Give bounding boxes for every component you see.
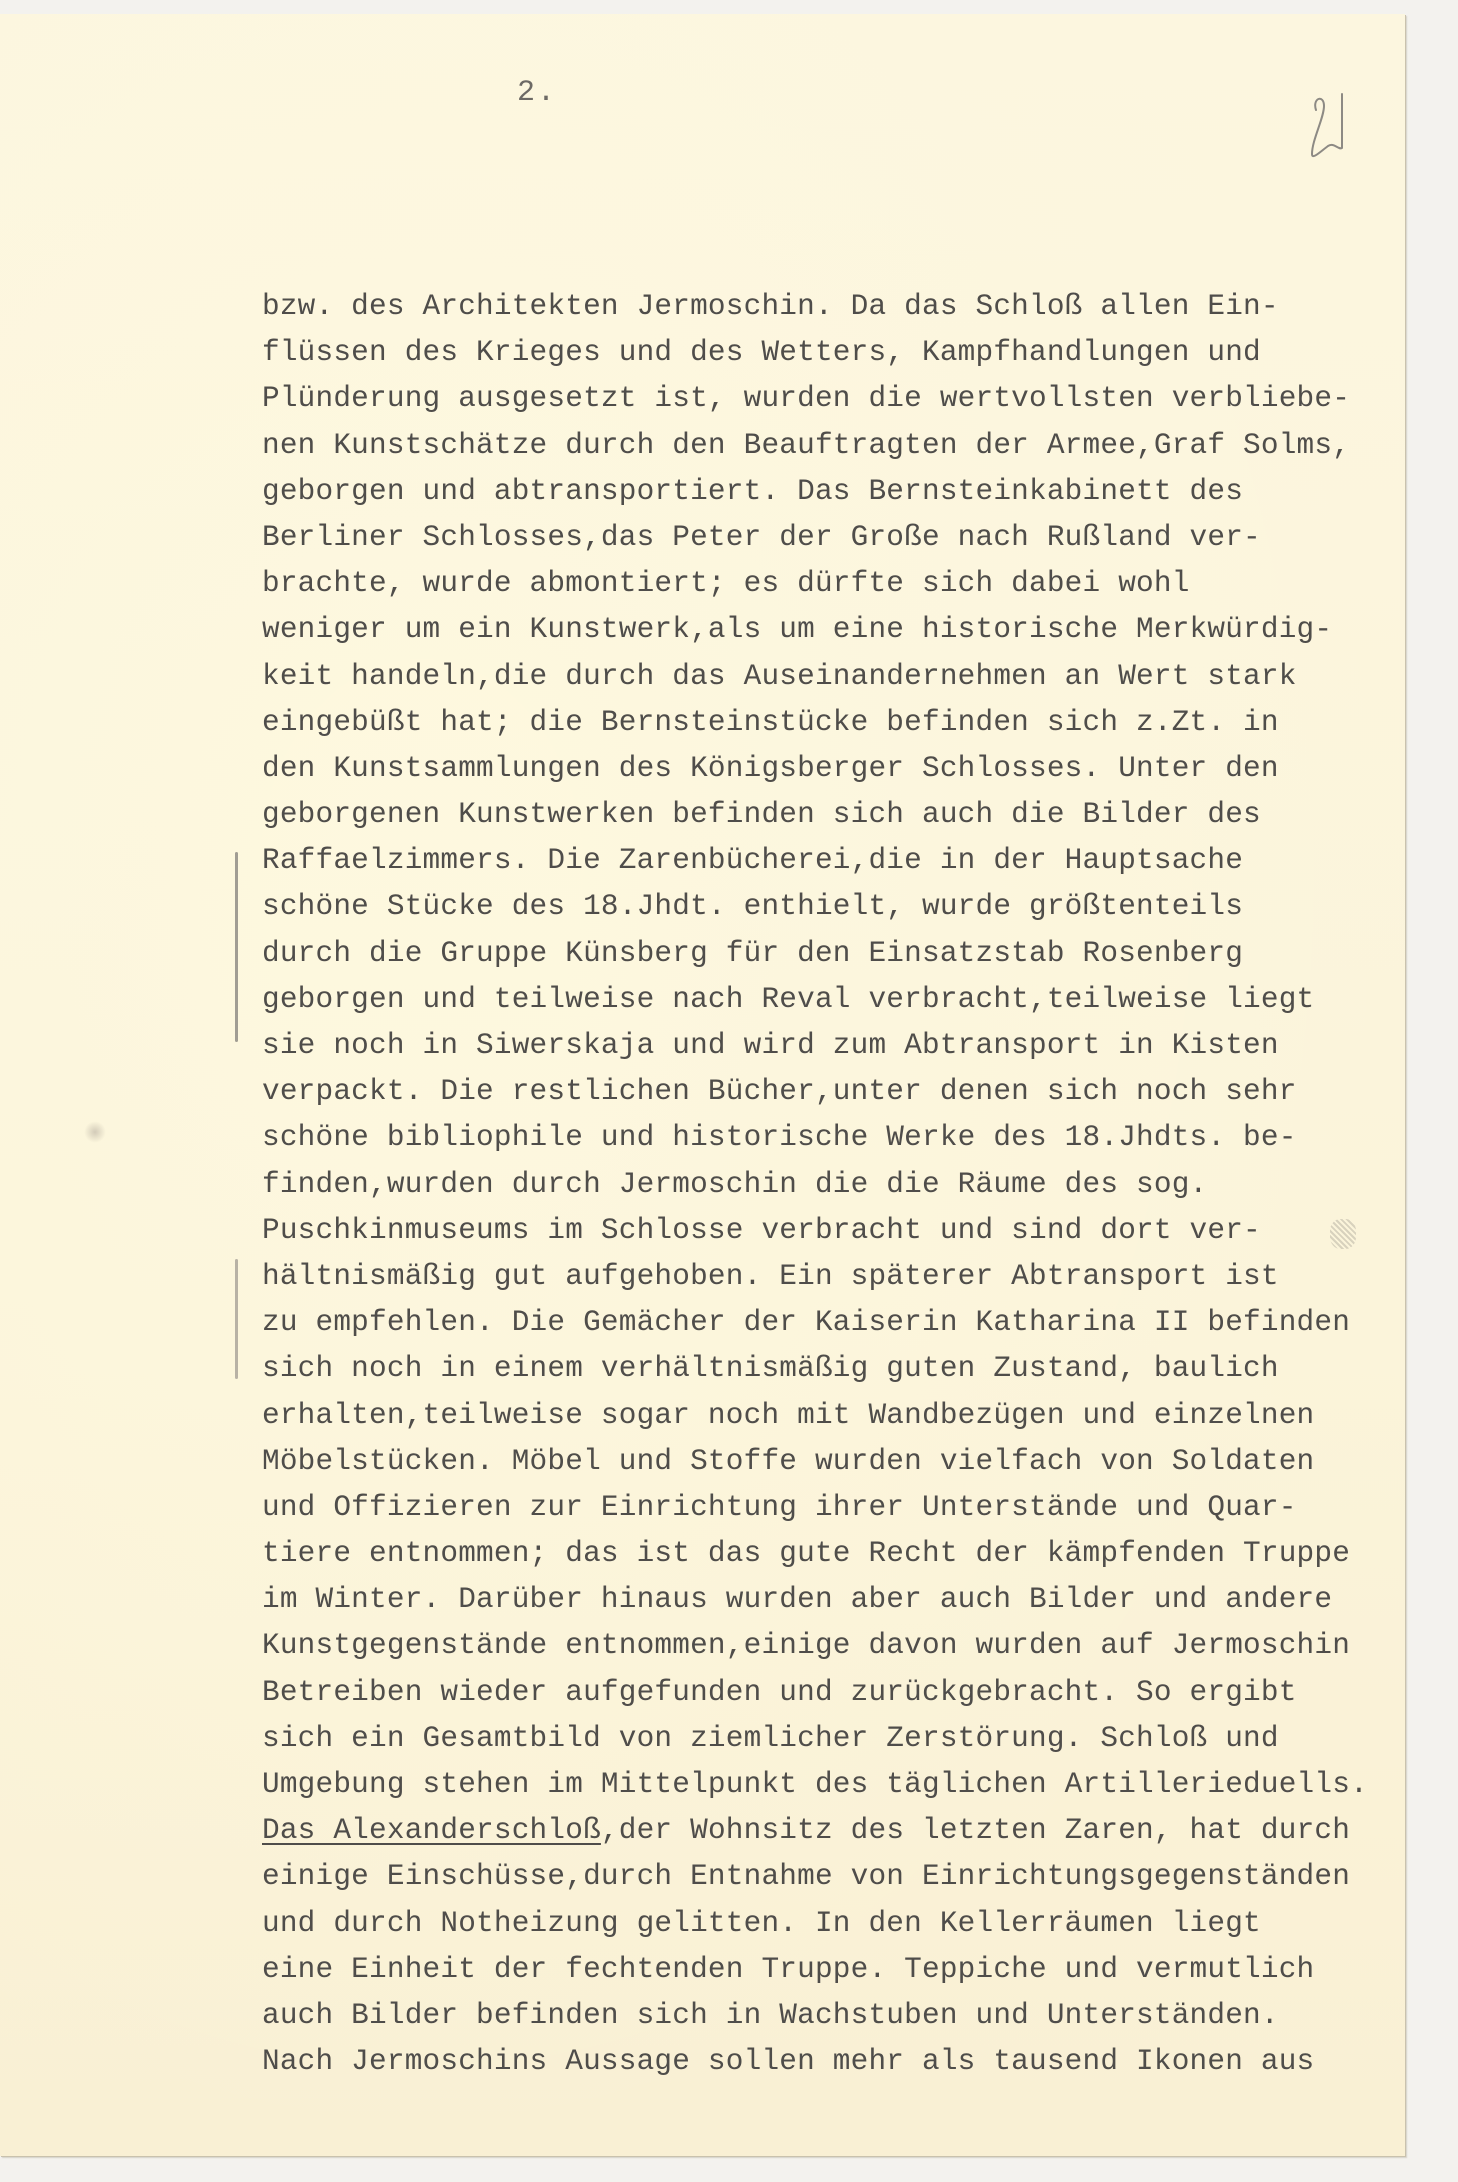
text-line: einige Einschüsse,durch Entnahme von Ein… xyxy=(262,1854,1412,1900)
text-line: Plünderung ausgesetzt ist, wurden die we… xyxy=(262,376,1412,422)
text-line: sich ein Gesamtbild von ziemlicher Zerst… xyxy=(262,1716,1412,1762)
text-line: erhalten,teilweise sogar noch mit Wandbe… xyxy=(262,1393,1412,1439)
text-line: bzw. des Architekten Jermoschin. Da das … xyxy=(262,284,1412,330)
text-line: und Offizieren zur Einrichtung ihrer Unt… xyxy=(262,1485,1412,1531)
underlined-heading-phrase: Das Alexanderschloß xyxy=(262,1814,601,1847)
text-line: flüssen des Krieges und des Wetters, Kam… xyxy=(262,330,1412,376)
text-line: sich noch in einem verhältnismäßig guten… xyxy=(262,1346,1412,1392)
text-line: Puschkinmuseums im Schlosse verbracht un… xyxy=(262,1208,1412,1254)
text-line: Möbelstücken. Möbel und Stoffe wurden vi… xyxy=(262,1439,1412,1485)
text-line: schöne Stücke des 18.Jhdt. enthielt, wur… xyxy=(262,884,1412,930)
text-line: schöne bibliophile und historische Werke… xyxy=(262,1115,1412,1161)
text-line: finden,wurden durch Jermoschin die die R… xyxy=(262,1162,1412,1208)
text-line: zu empfehlen. Die Gemächer der Kaiserin … xyxy=(262,1300,1412,1346)
text-line: Umgebung stehen im Mittelpunkt des tägli… xyxy=(262,1762,1412,1808)
typewritten-page: 2. 21 bzw. des Architekten Jermoschin. D… xyxy=(0,14,1405,2156)
text-line: im Winter. Darüber hinaus wurden aber au… xyxy=(262,1577,1412,1623)
text-line: auch Bilder befinden sich in Wachstuben … xyxy=(262,1993,1412,2039)
text-line: Kunstgegenstände entnommen,einige davon … xyxy=(262,1623,1412,1669)
handwritten-folio-number: 21 xyxy=(1308,88,1360,168)
text-line: nen Kunstschätze durch den Beauftragten … xyxy=(262,423,1412,469)
paper-stain xyxy=(84,1121,106,1143)
text-line: hältnismäßig gut aufgehoben. Ein spätere… xyxy=(262,1254,1412,1300)
text-line: und durch Notheizung gelitten. In den Ke… xyxy=(262,1901,1412,1947)
page-number: 2. xyxy=(517,76,557,110)
text-line: verpackt. Die restlichen Bücher,unter de… xyxy=(262,1069,1412,1115)
text-line: geborgen und teilweise nach Reval verbra… xyxy=(262,977,1412,1023)
text-line: sie noch in Siwerskaja und wird zum Abtr… xyxy=(262,1023,1412,1069)
text-line: Das Alexanderschloß,der Wohnsitz des let… xyxy=(262,1808,1412,1854)
text-line: Nach Jermoschins Aussage sollen mehr als… xyxy=(262,2039,1412,2085)
text-line: weniger um ein Kunstwerk,als um eine his… xyxy=(262,607,1412,653)
margin-bracket-mark xyxy=(235,852,238,1042)
text-line: geborgen und abtransportiert. Das Bernst… xyxy=(262,469,1412,515)
text-line: eingebüßt hat; die Bernsteinstücke befin… xyxy=(262,700,1412,746)
text-line: Betreiben wieder aufgefunden und zurückg… xyxy=(262,1670,1412,1716)
text-line: Raffaelzimmers. Die Zarenbücherei,die in… xyxy=(262,838,1412,884)
text-line: den Kunstsammlungen des Königsberger Sch… xyxy=(262,746,1412,792)
margin-bracket-mark xyxy=(235,1259,238,1379)
text-line: brachte, wurde abmontiert; es dürfte sic… xyxy=(262,561,1412,607)
text-line: Berliner Schlosses,das Peter der Große n… xyxy=(262,515,1412,561)
typed-body-text: bzw. des Architekten Jermoschin. Da das … xyxy=(262,284,1412,2085)
text-line: durch die Gruppe Künsberg für den Einsat… xyxy=(262,931,1412,977)
text-line: keit handeln,die durch das Auseinanderne… xyxy=(262,654,1412,700)
text-line: geborgenen Kunstwerken befinden sich auc… xyxy=(262,792,1412,838)
text-line: tiere entnommen; das ist das gute Recht … xyxy=(262,1531,1412,1577)
text-line: eine Einheit der fechtenden Truppe. Tepp… xyxy=(262,1947,1412,1993)
